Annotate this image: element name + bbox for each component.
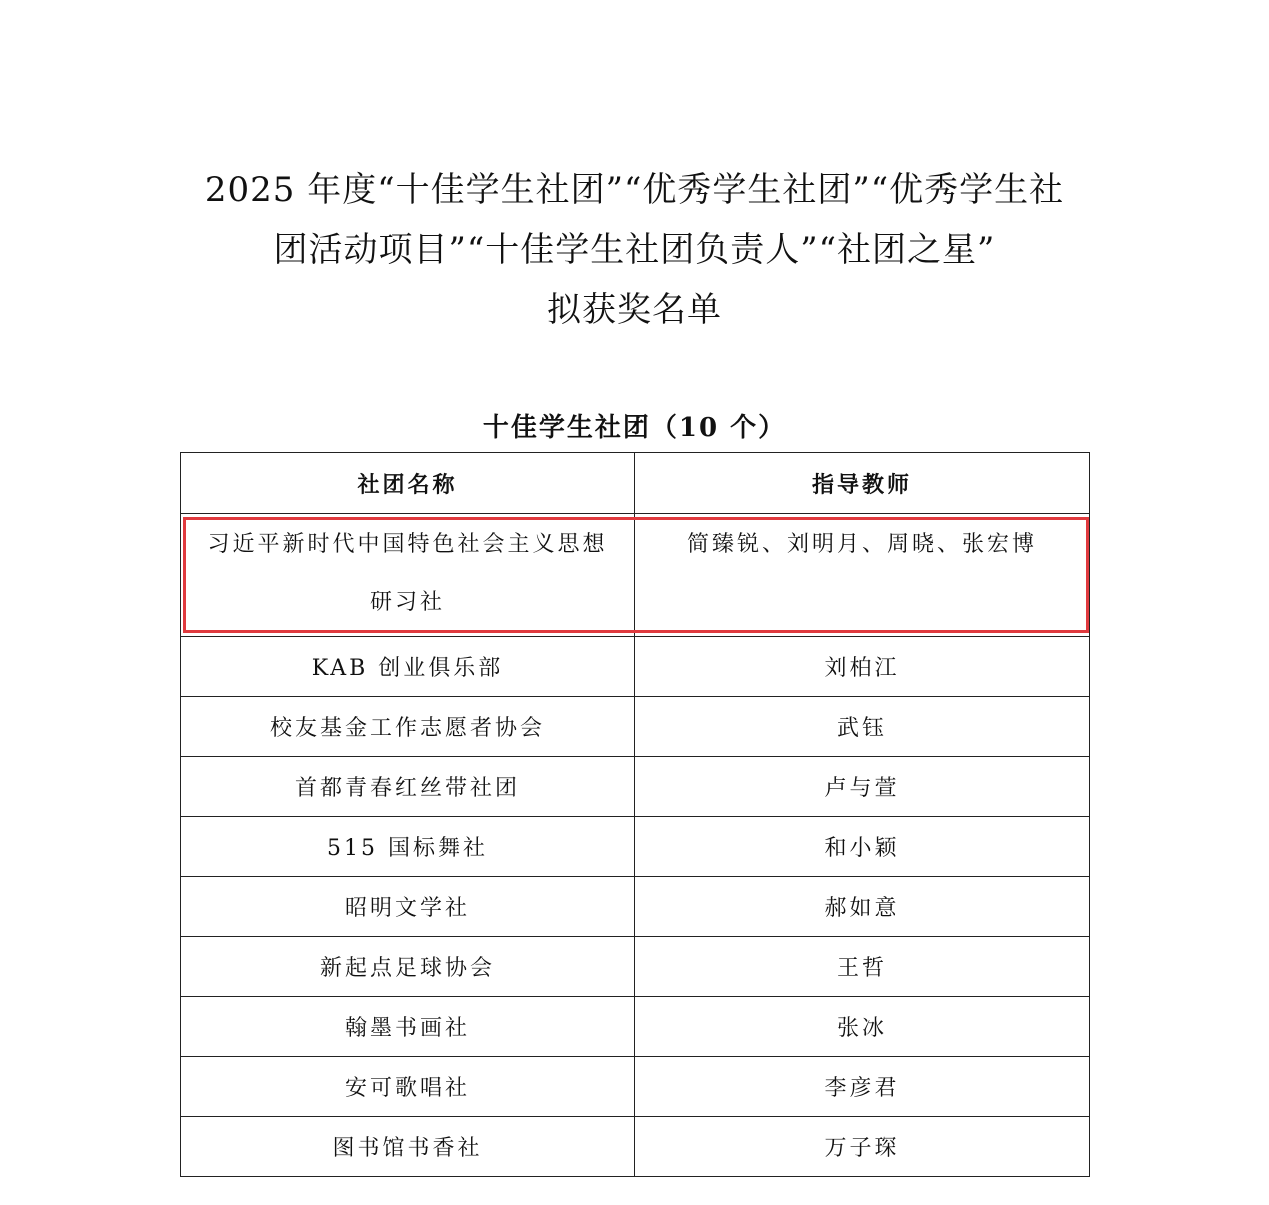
table-row: 安可歌唱社 李彦君 xyxy=(181,1057,1090,1117)
table-row: 习近平新时代中国特色社会主义思想 研习社 简臻锐、刘明月、周晓、张宏博 xyxy=(181,514,1090,637)
club-name-cell: 校友基金工作志愿者协会 xyxy=(181,697,635,757)
table-row: 校友基金工作志愿者协会 武钰 xyxy=(181,697,1090,757)
table-row: 首都青春红丝带社团 卢与萱 xyxy=(181,757,1090,817)
club-name-cell: 昭明文学社 xyxy=(181,877,635,937)
club-name-cell: 图书馆书香社 xyxy=(181,1117,635,1177)
title-line-1: 2025 年度“十佳学生社团”“优秀学生社团”“优秀学生社 xyxy=(0,160,1269,220)
club-name-line-1: 习近平新时代中国特色社会主义思想 xyxy=(181,516,634,574)
club-name-cell: 首都青春红丝带社团 xyxy=(181,757,635,817)
advisor-cell: 郝如意 xyxy=(635,877,1090,937)
advisor-cell: 李彦君 xyxy=(635,1057,1090,1117)
title-line-3: 拟获奖名单 xyxy=(0,280,1269,340)
club-name-line-2: 研习社 xyxy=(181,574,634,632)
document-title: 2025 年度“十佳学生社团”“优秀学生社团”“优秀学生社 团活动项目”“十佳学… xyxy=(0,160,1269,340)
table-row: 新起点足球协会 王哲 xyxy=(181,937,1090,997)
advisor-cell: 王哲 xyxy=(635,937,1090,997)
section-title: 十佳学生社团（10 个） xyxy=(0,408,1269,448)
club-name-cell: 翰墨书画社 xyxy=(181,997,635,1057)
club-name-cell: 习近平新时代中国特色社会主义思想 研习社 xyxy=(181,514,635,637)
table-row: 图书馆书香社 万子琛 xyxy=(181,1117,1090,1177)
club-name-cell: 515 国标舞社 xyxy=(181,817,635,877)
advisor-cell: 刘柏江 xyxy=(635,637,1090,697)
advisor-cell: 卢与萱 xyxy=(635,757,1090,817)
header-advisor: 指导教师 xyxy=(635,453,1090,514)
title-line-2: 团活动项目”“十佳学生社团负责人”“社团之星” xyxy=(0,220,1269,280)
advisor-cell: 简臻锐、刘明月、周晓、张宏博 xyxy=(635,514,1090,637)
table-row: 昭明文学社 郝如意 xyxy=(181,877,1090,937)
header-club-name: 社团名称 xyxy=(181,453,635,514)
table-row: 翰墨书画社 张冰 xyxy=(181,997,1090,1057)
table-row: KAB 创业俱乐部 刘柏江 xyxy=(181,637,1090,697)
advisor-cell: 万子琛 xyxy=(635,1117,1090,1177)
advisor-cell: 张冰 xyxy=(635,997,1090,1057)
club-name-cell: KAB 创业俱乐部 xyxy=(181,637,635,697)
club-name-cell: 安可歌唱社 xyxy=(181,1057,635,1117)
awards-table: 社团名称 指导教师 习近平新时代中国特色社会主义思想 研习社 简臻锐、刘明月、周… xyxy=(180,452,1090,1177)
advisor-cell: 和小颖 xyxy=(635,817,1090,877)
club-name-cell: 新起点足球协会 xyxy=(181,937,635,997)
advisor-cell: 武钰 xyxy=(635,697,1090,757)
table-row: 515 国标舞社 和小颖 xyxy=(181,817,1090,877)
table-header-row: 社团名称 指导教师 xyxy=(181,453,1090,514)
